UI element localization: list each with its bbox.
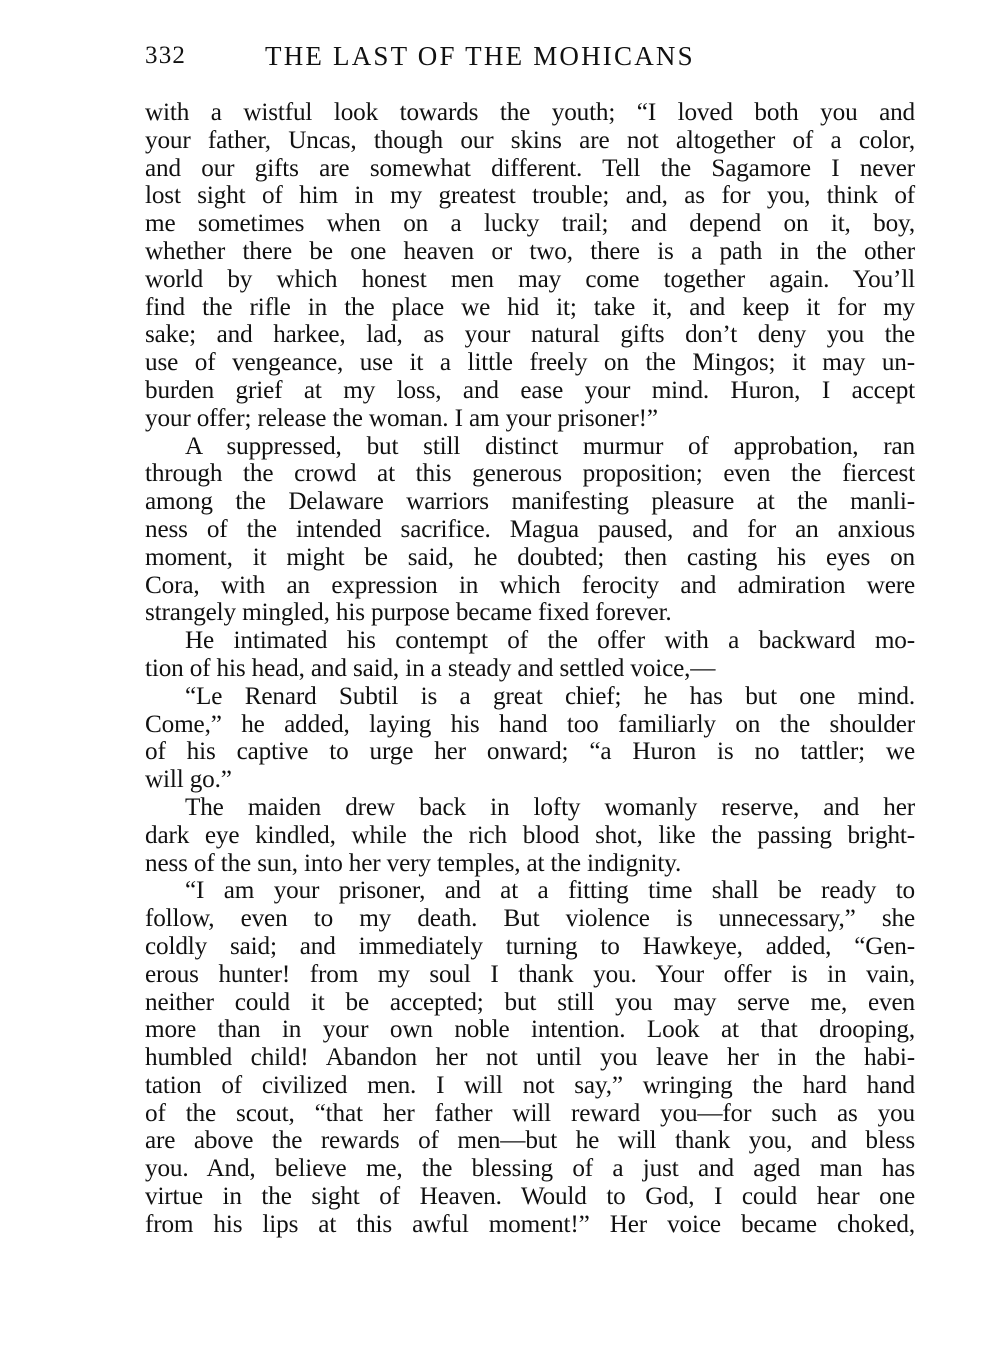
text-line: Come,” he added, laying his hand too fam… [145,711,915,739]
book-title: THE LAST OF THE MOHICANS [265,36,695,76]
paragraph-first-line: “Le Renard Subtil is a great chief; he h… [145,683,915,711]
paragraph-first-line: A suppressed, but still distinct murmur … [145,433,915,461]
text-line: tation of civilized men. I will not say,… [145,1072,915,1100]
text-line: me sometimes when on a lucky trail; and … [145,210,915,238]
text-line: you. And, believe me, the blessing of a … [145,1155,915,1183]
text-line: virtue in the sight of Heaven. Would to … [145,1183,915,1211]
running-head: 332 THE LAST OF THE MOHICANS [145,36,915,76]
text-line: moment, it might be said, he doubted; th… [145,544,915,572]
text-line: world by which honest men may come toget… [145,266,915,294]
body-text: with a wistful look towards the youth; “… [145,99,915,1239]
text-line: with a wistful look towards the youth; “… [145,99,915,127]
text-line: are above the rewards of men—but he will… [145,1127,915,1155]
text-line: and our gifts are somewhat different. Te… [145,155,915,183]
text-line: dark eye kindled, while the rich blood s… [145,822,915,850]
text-line: erous hunter! from my soul I thank you. … [145,961,915,989]
text-line: follow, even to my death. But violence i… [145,905,915,933]
text-line: lost sight of him in my greatest trouble… [145,182,915,210]
text-line: will go.” [145,766,915,794]
text-line: humbled child! Abandon her not until you… [145,1044,915,1072]
text-line: strangely mingled, his purpose became fi… [145,599,915,627]
text-line: find the rifle in the place we hid it; t… [145,294,915,322]
text-line: tion of his head, and said, in a steady … [145,655,915,683]
text-line: from his lips at this awful moment!” Her… [145,1211,915,1239]
page-number: 332 [145,36,186,76]
paragraph-first-line: “I am your prisoner, and at a fitting ti… [145,877,915,905]
paragraph-first-line: The maiden drew back in lofty womanly re… [145,794,915,822]
text-line: use of vengeance, use it a little freely… [145,349,915,377]
text-line: whether there be one heaven or two, ther… [145,238,915,266]
text-line: your father, Uncas, though our skins are… [145,127,915,155]
text-line: more than in your own noble intention. L… [145,1016,915,1044]
text-line: burden grief at my loss, and ease your m… [145,377,915,405]
text-line: ness of the intended sacrifice. Magua pa… [145,516,915,544]
text-line: ness of the sun, into her very temples, … [145,850,915,878]
text-line: among the Delaware warriors manifesting … [145,488,915,516]
book-page: 332 THE LAST OF THE MOHICANS with a wist… [0,0,1000,1367]
text-line: through the crowd at this generous propo… [145,460,915,488]
paragraph-first-line: He intimated his contempt of the offer w… [145,627,915,655]
text-line: of his captive to urge her onward; “a Hu… [145,738,915,766]
text-line: coldly said; and immediately turning to … [145,933,915,961]
text-line: Cora, with an expression in which feroci… [145,572,915,600]
text-line: sake; and harkee, lad, as your natural g… [145,321,915,349]
text-line: neither could it be accepted; but still … [145,989,915,1017]
text-line: your offer; release the woman. I am your… [145,405,915,433]
text-line: of the scout, “that her father will rewa… [145,1100,915,1128]
